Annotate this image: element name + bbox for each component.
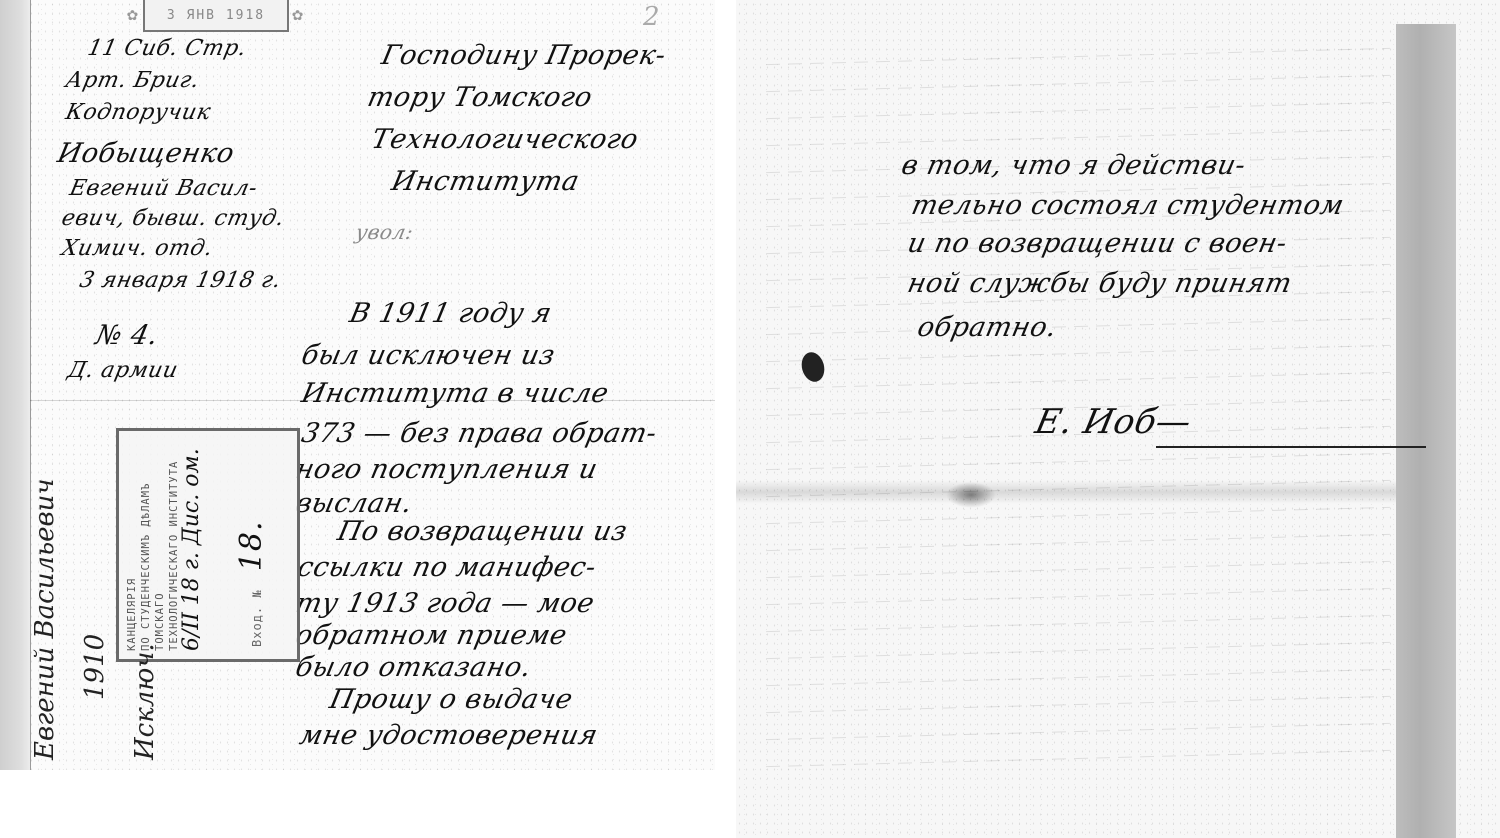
margin-note-year: 1910 (80, 634, 110, 700)
sender-line: евич, бывш. студ. (59, 206, 286, 231)
sender-line: Евгений Васил- (67, 176, 259, 201)
body-line: ной службы буду принят (905, 268, 1295, 299)
body-line: был исключен из (299, 340, 558, 371)
scan-bottom-margin (0, 770, 715, 838)
body-line: в том, что я действи- (899, 150, 1249, 181)
body-line: ного поступления и (293, 454, 601, 485)
body-line: обратном приеме (293, 620, 570, 651)
page-number: 2 (643, 2, 660, 32)
rosette-icon: ✿ (127, 4, 140, 25)
pencil-note: увол: (353, 220, 415, 244)
rosette-icon: ✿ (292, 4, 305, 25)
stamp-entry-number: 18. (234, 520, 269, 571)
body-line: выслан. (293, 488, 416, 519)
sender-line: Арт. Бриг. (63, 68, 201, 93)
addressee-line: Господину Прорек- (379, 40, 669, 71)
body-line: По возвращении из (335, 516, 631, 547)
body-line: и по возвращении с воен- (905, 228, 1290, 259)
divider (50, 386, 200, 387)
sender-line: Кодпоручик (63, 100, 213, 125)
stamp-entry: Вход. № 18. (245, 520, 264, 647)
stamp-line: ТОМСКАГО (153, 445, 167, 651)
body-line: было отказано. (293, 652, 535, 683)
margin-note-expelled: Исключ. (130, 643, 160, 760)
margin-note-name: Евгений Васильевич (30, 478, 60, 760)
stamp-entry-label: Вход. № (250, 589, 264, 647)
sender-line: Химич. отд. (59, 236, 215, 261)
right-page: в том, что я действи- тельно состоял сту… (736, 0, 1500, 838)
body-line: Института в числе (299, 378, 612, 409)
body-line: тельно состоял студентом (909, 190, 1347, 221)
letter-date: 3 января 1918 г. (77, 268, 283, 293)
sender-line: 11 Сиб. Стр. (85, 36, 249, 61)
addressee-line: тору Томского (365, 82, 596, 113)
body-line: ту 1913 года — мое (293, 588, 598, 619)
signature-flourish (1156, 446, 1426, 448)
received-date-stamp: ✿ 3 ЯНВ 1918 ✿ (143, 0, 289, 32)
body-line: мне удостоверения (297, 720, 601, 751)
stamp-handwritten-date: 6/II 18 г. Дис. ом. (185, 445, 199, 651)
signature: Е. Иоб— (1032, 402, 1195, 442)
received-date-stamp-text: 3 ЯНВ 1918 (167, 8, 265, 23)
body-line: 373 — без права обрат- (299, 418, 660, 449)
army-designation: Д. армии (65, 358, 180, 383)
chancellery-stamp: КАНЦЕЛЯРІЯ ПО СТУДЕНЧЕСКИМЪ ДѢЛАМЪ ТОМСК… (116, 428, 300, 662)
addressee-line: Института (389, 166, 583, 197)
left-page: ✿ 3 ЯНВ 1918 ✿ 2 11 Сиб. Стр. Арт. Бриг.… (0, 0, 715, 838)
letter-number: № 4. (93, 320, 161, 351)
body-line: обратно. (915, 312, 1060, 343)
stamp-line: ПО СТУДЕНЧЕСКИМЪ ДѢЛАМЪ (139, 445, 153, 651)
stamp-line: КАНЦЕЛЯРІЯ (125, 445, 139, 651)
addressee-line: Технологического (369, 124, 642, 155)
body-line: ссылки по манифес- (295, 552, 599, 583)
fold-crease (736, 480, 1396, 504)
body-line: В 1911 году я (347, 298, 555, 329)
sender-surname: Иобыщенко (55, 138, 238, 169)
page-left-edge-shadow (0, 0, 30, 770)
binding-shadow (1396, 24, 1456, 838)
ink-smudge (946, 482, 996, 508)
body-line: Прошу о выдаче (327, 684, 576, 715)
